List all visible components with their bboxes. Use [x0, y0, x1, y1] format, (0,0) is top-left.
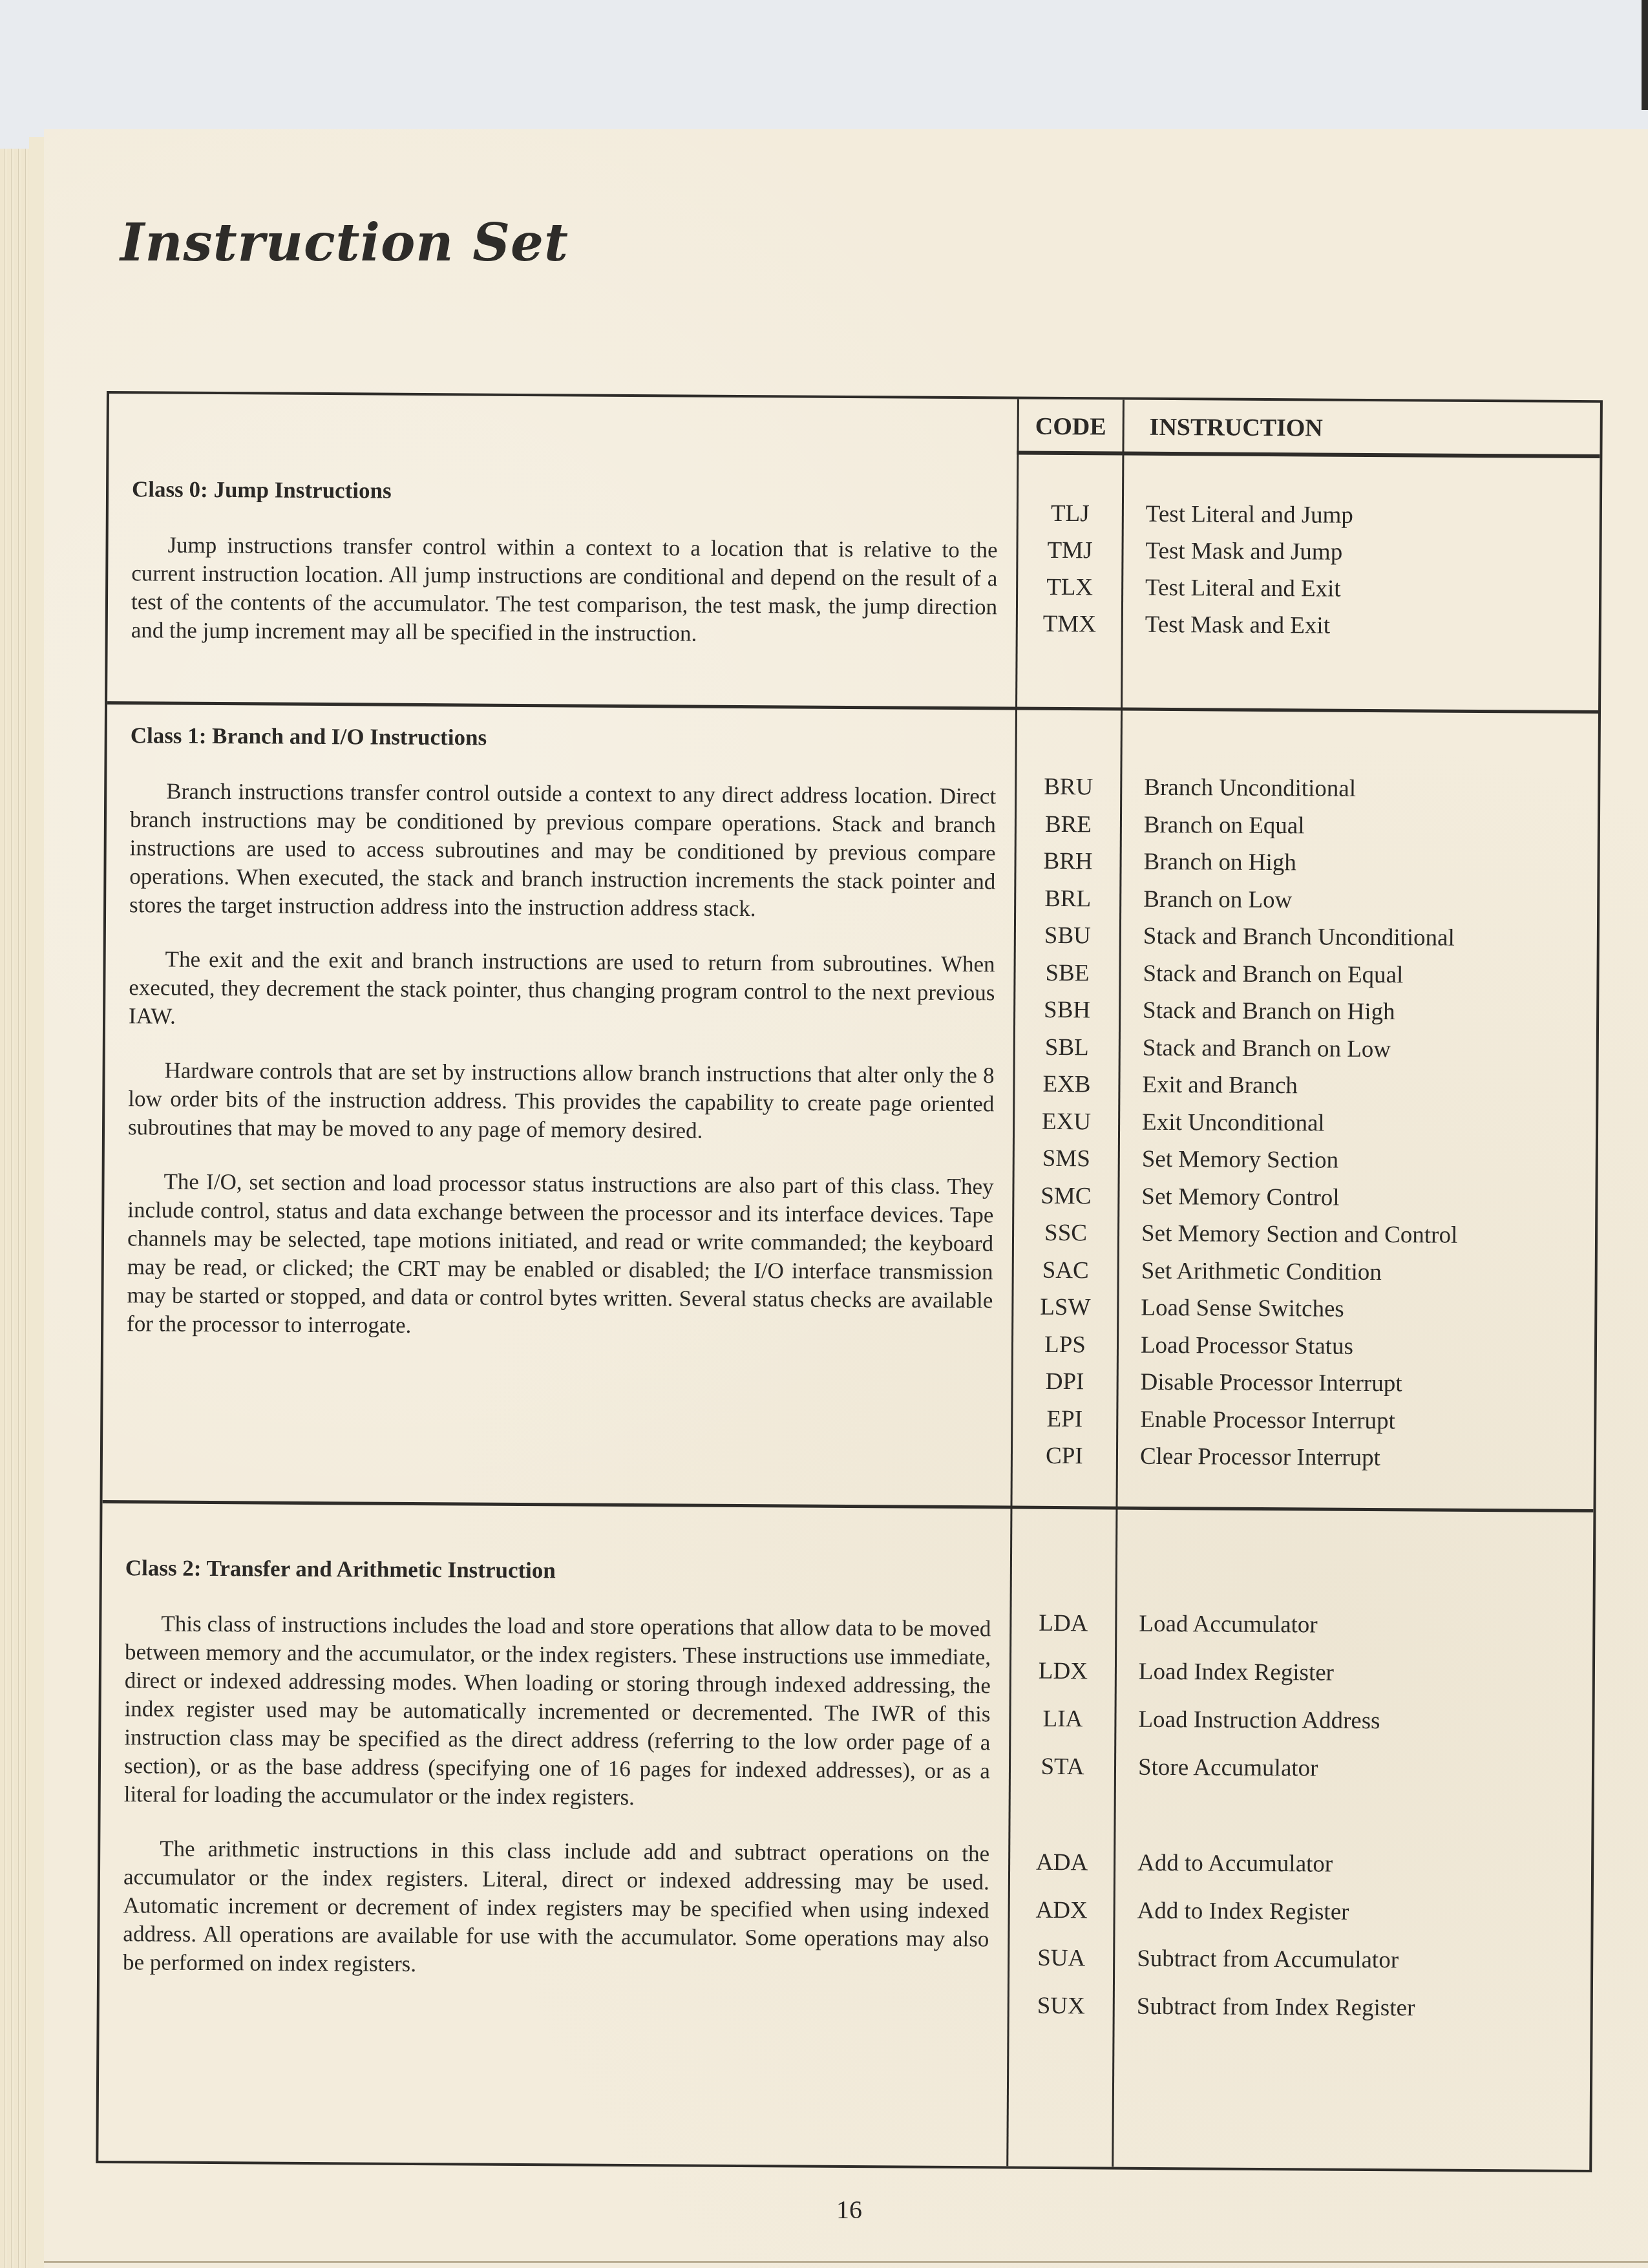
instruction-name: Load Processor Status [1141, 1326, 1353, 1365]
instruction-name: Add to Index Register [1137, 1887, 1349, 1936]
instruction-code: TMX [1016, 606, 1123, 643]
instruction-code: SBU [1014, 917, 1121, 955]
table-row: LIALoad Instruction Address [1009, 1695, 1592, 1747]
table-row: SUXSubtract from Index Register [1008, 1982, 1590, 2034]
paragraph: The arithmetic instructions in this clas… [123, 1834, 989, 1982]
instruction-name: Set Memory Control [1141, 1178, 1340, 1216]
instruction-name: Stack and Branch on Equal [1143, 955, 1403, 993]
table-row: LDXLoad Index Register [1009, 1648, 1592, 1699]
instruction-list: BRUBranch UnconditionalBREBranch on Equa… [1011, 768, 1598, 1478]
document-page: Instruction Set CODE INSTRUCTION Class 0… [44, 129, 1648, 2268]
table-row: BREBranch on Equal [1015, 805, 1598, 846]
section-class-1: Class 1: Branch and I/O Instructions Bra… [103, 705, 1598, 1509]
instruction-code: BRE [1015, 805, 1122, 843]
binder-edge [1642, 0, 1648, 110]
instruction-list: LDALoad AccumulatorLDXLoad Index Registe… [1008, 1600, 1593, 2033]
table-row: CPIClear Processor Interrupt [1011, 1437, 1594, 1478]
table-row: SMCSet Memory Control [1012, 1177, 1595, 1218]
section-description: Class 1: Branch and I/O Instructions Bra… [127, 723, 997, 1369]
instruction-code: EPI [1011, 1400, 1118, 1438]
table-row: TMJTest Mask and Jump [1016, 532, 1599, 573]
paragraph: The I/O, set section and load processor … [127, 1167, 994, 1343]
table-row: TMXTest Mask and Exit [1016, 606, 1599, 646]
instruction-code: BRU [1015, 768, 1122, 807]
instruction-name: Test Literal and Jump [1146, 496, 1353, 534]
instruction-name: Test Literal and Exit [1145, 569, 1341, 608]
instruction-code: BRH [1014, 843, 1121, 881]
instruction-code: CPI [1011, 1437, 1118, 1476]
table-row: EXUExit Unconditional [1013, 1103, 1596, 1143]
table-row: DPIDisable Processor Interrupt [1011, 1363, 1594, 1404]
instruction-code: SUX [1008, 1982, 1115, 2031]
instruction-code: SUA [1008, 1934, 1115, 1983]
instruction-name: Disable Processor Interrupt [1140, 1364, 1402, 1403]
instruction-name: Test Mask and Jump [1145, 533, 1342, 571]
table-row: LSWLoad Sense Switches [1011, 1289, 1594, 1330]
table-row: STAStore Accumulator [1009, 1743, 1592, 1795]
instruction-code: LSW [1011, 1289, 1119, 1327]
instruction-code: LIA [1009, 1695, 1116, 1744]
instruction-name: Load Accumulator [1139, 1600, 1318, 1649]
instruction-name: Subtract from Index Register [1137, 1983, 1415, 2033]
instruction-name: Subtract from Accumulator [1137, 1935, 1399, 1984]
instruction-code: EXU [1013, 1103, 1120, 1141]
instruction-name: Test Mask and Exit [1145, 606, 1331, 644]
instruction-name: Branch on High [1143, 843, 1296, 882]
instruction-code: SMC [1012, 1177, 1119, 1215]
table-row: SBHStack and Branch on High [1013, 991, 1596, 1032]
instruction-code: SAC [1012, 1251, 1119, 1289]
instruction-name: Branch on Equal [1144, 806, 1305, 844]
instruction-name: Set Arithmetic Condition [1141, 1252, 1382, 1291]
instruction-name: Exit and Branch [1142, 1066, 1298, 1105]
instruction-code: SSC [1012, 1214, 1119, 1253]
page-number: 16 [836, 2194, 862, 2225]
instruction-name: Store Accumulator [1138, 1744, 1318, 1793]
instruction-name: Set Memory Section [1142, 1141, 1339, 1179]
section-class-2: Class 2: Transfer and Arithmetic Instruc… [98, 1503, 1593, 2172]
table-row: SACSet Arithmetic Condition [1012, 1251, 1595, 1292]
instruction-code: STA [1009, 1743, 1116, 1792]
instruction-name: Load Sense Switches [1141, 1289, 1344, 1328]
table-row: EPIEnable Processor Interrupt [1011, 1400, 1594, 1441]
table-row: TLJTest Literal and Jump [1017, 495, 1600, 536]
instruction-code: LPS [1011, 1326, 1119, 1364]
instruction-name: Set Memory Section and Control [1141, 1215, 1458, 1254]
class-heading: Class 2: Transfer and Arithmetic Instruc… [125, 1555, 991, 1586]
table-row [1008, 1791, 1591, 1843]
table-row: BRLBranch on Low [1014, 880, 1597, 920]
paragraph: Jump instructions transfer control withi… [131, 531, 998, 650]
instruction-table: CODE INSTRUCTION Class 0: Jump Instructi… [96, 391, 1603, 2172]
instruction-code: LDA [1009, 1600, 1117, 1648]
table-row: LDALoad Accumulator [1009, 1600, 1592, 1651]
section-class-0: Class 0: Jump Instructions Jump instruct… [107, 394, 1600, 713]
table-row: BRUBranch Unconditional [1015, 768, 1598, 809]
instruction-code: ADA [1008, 1839, 1115, 1887]
instruction-list: TLJTest Literal and Jump TMJTest Mask an… [1016, 495, 1600, 646]
page-edge [44, 2261, 1648, 2263]
instruction-name: Branch Unconditional [1144, 769, 1356, 808]
section-description: Class 2: Transfer and Arithmetic Instruc… [123, 1555, 991, 2008]
instruction-code: DPI [1011, 1363, 1118, 1401]
instruction-code: SBL [1013, 1028, 1121, 1066]
page-title: Instruction Set [120, 212, 569, 273]
paragraph: The exit and the exit and branch instruc… [129, 945, 995, 1035]
instruction-name: Enable Processor Interrupt [1140, 1401, 1395, 1439]
table-row: BRHBranch on High [1014, 843, 1597, 884]
instruction-name: Exit Unconditional [1142, 1103, 1325, 1141]
instruction-code: BRL [1014, 880, 1121, 918]
table-row: TLXTest Literal and Exit [1016, 569, 1599, 609]
paragraph: Hardware controls that are set by instru… [128, 1056, 995, 1147]
instruction-name: Stack and Branch on Low [1143, 1029, 1391, 1068]
instruction-code: TLX [1016, 569, 1123, 606]
instruction-name: Add to Accumulator [1137, 1839, 1333, 1889]
instruction-code [1009, 1791, 1116, 1792]
instruction-code: EXB [1013, 1066, 1120, 1104]
table-row: SBEStack and Branch on Equal [1013, 954, 1596, 995]
instruction-name: Load Instruction Address [1138, 1696, 1380, 1745]
table-row: SBUStack and Branch Unconditional [1014, 917, 1597, 958]
class-heading: Class 0: Jump Instructions [132, 476, 998, 507]
instruction-name: Load Index Register [1139, 1648, 1335, 1697]
paragraph: This class of instructions includes the … [124, 1609, 991, 1814]
table-row: SBLStack and Branch on Low [1013, 1028, 1596, 1069]
paragraph: Branch instructions transfer control out… [129, 777, 996, 924]
table-row: LPSLoad Processor Status [1011, 1326, 1594, 1366]
table-row: SUASubtract from Accumulator [1008, 1934, 1590, 1986]
instruction-name: Stack and Branch Unconditional [1143, 918, 1455, 957]
instruction-name: Stack and Branch on High [1143, 992, 1395, 1031]
table-row: ADXAdd to Index Register [1008, 1887, 1590, 1938]
instruction-code: SBE [1013, 954, 1121, 992]
class-heading: Class 1: Branch and I/O Instructions [131, 723, 997, 754]
instruction-name: Clear Processor Interrupt [1140, 1438, 1380, 1477]
table-row: EXBExit and Branch [1013, 1066, 1596, 1107]
section-description: Class 0: Jump Instructions Jump instruct… [131, 476, 998, 675]
instruction-code: LDX [1009, 1648, 1117, 1696]
instruction-name: Branch on Low [1143, 880, 1293, 918]
table-row: SSCSet Memory Section and Control [1012, 1214, 1595, 1255]
table-row: SMSSet Memory Section [1013, 1140, 1596, 1181]
instruction-code: TLJ [1017, 495, 1124, 533]
instruction-code: SMS [1013, 1140, 1120, 1178]
instruction-code: SBH [1013, 991, 1121, 1030]
instruction-code: TMJ [1016, 532, 1123, 569]
table-row: ADAAdd to Accumulator [1008, 1839, 1591, 1891]
instruction-code: ADX [1008, 1887, 1115, 1935]
